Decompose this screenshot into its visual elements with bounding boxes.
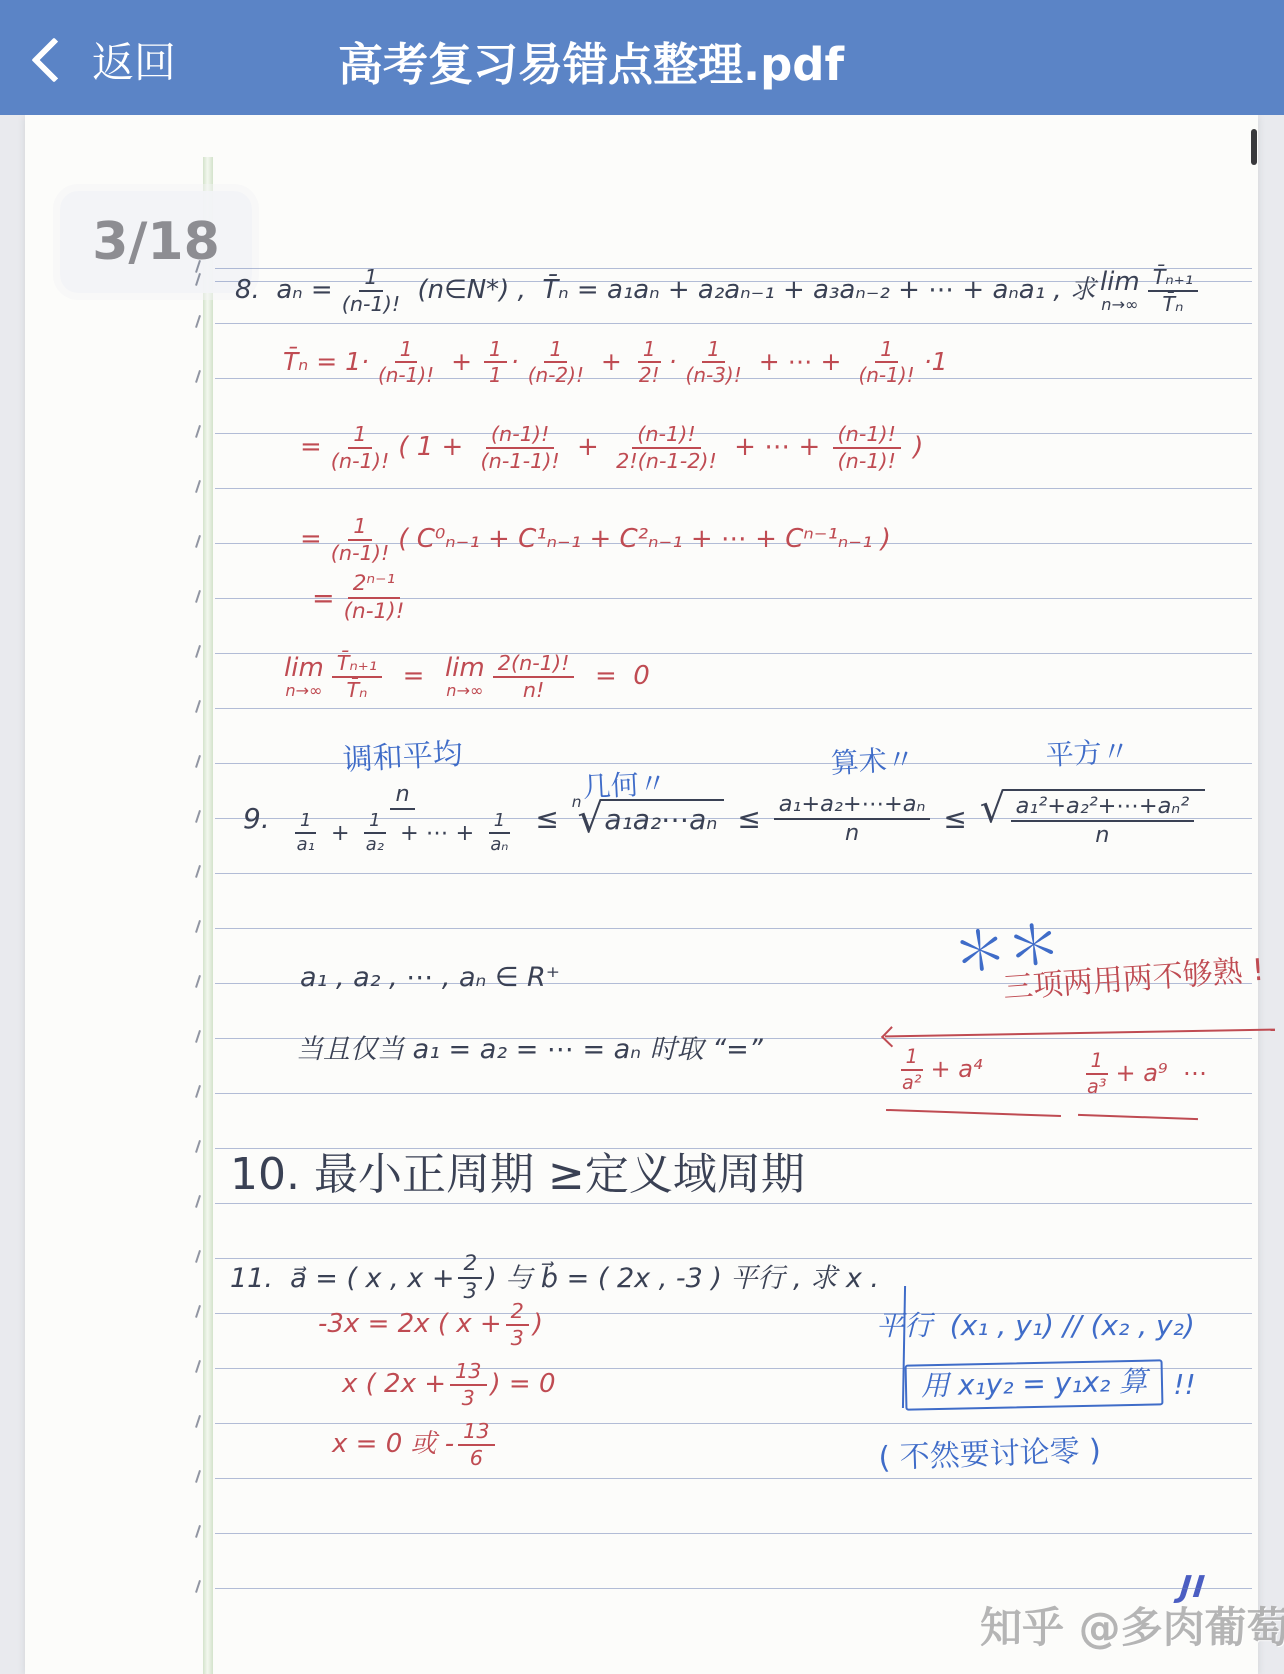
document-title: 高考复习易错点整理.pdf xyxy=(338,28,844,93)
pdf-viewer-screen: 返回 高考复习易错点整理.pdf 3/18 JI 知乎 @多肉葡萄 8. aₙ … xyxy=(0,0,1284,1674)
notebook-margin-line xyxy=(203,157,213,1674)
back-button[interactable]: 返回 xyxy=(38,30,176,90)
scrollbar-indicator[interactable] xyxy=(1251,129,1257,165)
navbar: 返回 高考复习易错点整理.pdf xyxy=(0,0,1284,115)
document-viewport[interactable]: 3/18 JI 知乎 @多肉葡萄 xyxy=(0,115,1284,1674)
watermark: 知乎 @多肉葡萄 xyxy=(980,1595,1284,1655)
page-indicator: 3/18 xyxy=(60,191,252,293)
back-chevron-icon xyxy=(31,37,76,82)
pdf-page: 3/18 JI 知乎 @多肉葡萄 xyxy=(25,115,1258,1674)
page-indicator-text: 3/18 xyxy=(92,212,220,272)
back-label: 返回 xyxy=(92,30,176,90)
